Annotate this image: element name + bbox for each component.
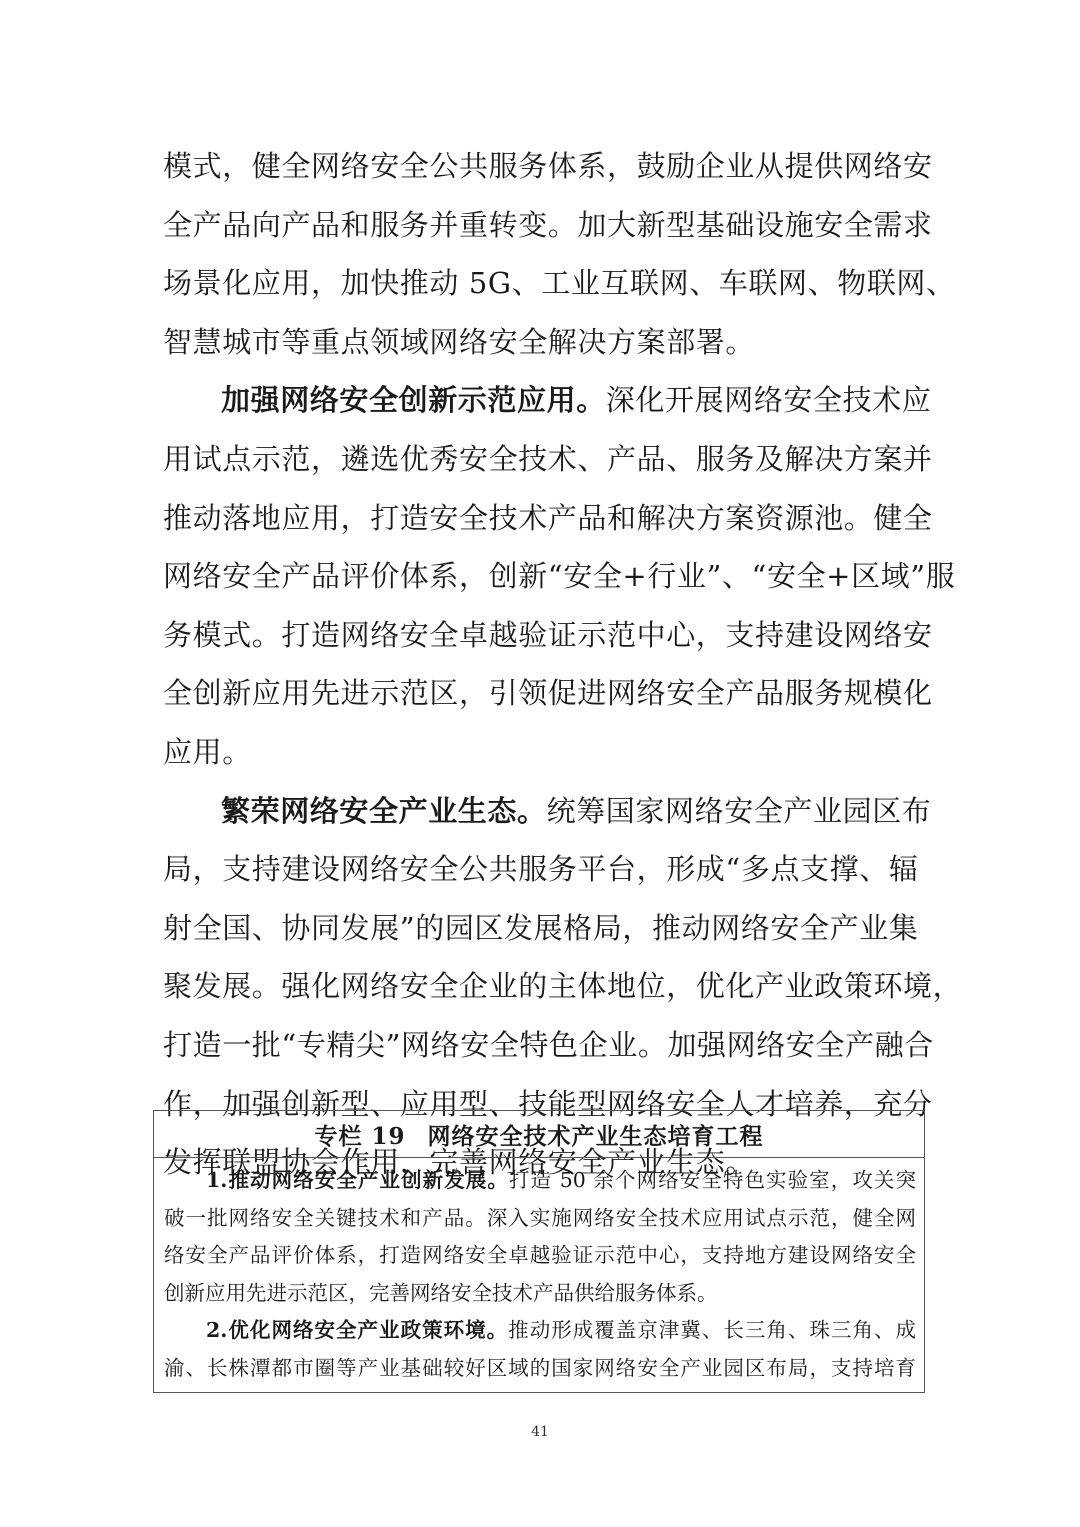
paragraph-first-line: 繁荣网络安全产业生态。统筹国家网络安全产业园区布: [163, 782, 915, 841]
text-line: 用试点示范，遴选优秀安全技术、产品、服务及解决方案并: [163, 430, 915, 489]
text-line: 应用。: [163, 723, 915, 782]
text-line: 务模式。打造网络安全卓越验证示范中心，支持建设网络安: [163, 606, 915, 665]
text-line: 网络安全产品评价体系，创新“安全+行业”、“安全+区域”服: [163, 547, 915, 606]
text-line: 局，支持建设网络安全公共服务平台，形成“多点支撑、辐: [163, 840, 915, 899]
box-item-heading: 2.优化网络安全产业政策环境。: [206, 1318, 508, 1342]
text-line: 推动落地应用，打造安全技术产品和解决方案资源池。健全: [163, 489, 915, 548]
box-text-line: 络安全产品评价体系，打造网络安全卓越验证示范中心，支持地方建设网络安全: [164, 1237, 916, 1275]
special-column-box: 专栏 19 网络安全技术产业生态培育工程 1.推动网络安全产业创新发展。打造 5…: [153, 1110, 925, 1393]
box-item-first-line: 1.推动网络安全产业创新发展。打造 50 余个网络安全特色实验室，攻关突: [164, 1162, 916, 1200]
text-line: 智慧城市等重点领域网络安全解决方案部署。: [163, 313, 915, 372]
text-line: 射全国、协同发展”的园区发展格局，推动网络安全产业集: [163, 899, 915, 958]
text-line: 全产品向产品和服务并重转变。加大新型基础设施安全需求: [163, 196, 915, 255]
body-text: 模式，健全网络安全公共服务体系，鼓励企业从提供网络安 全产品向产品和服务并重转变…: [163, 137, 915, 1192]
text-line: 全创新应用先进示范区，引领促进网络安全产品服务规模化: [163, 664, 915, 723]
box-text-line: 创新应用先进示范区，完善网络安全技术产品供给服务体系。: [164, 1275, 916, 1313]
text-span: 统筹国家网络安全产业园区布: [547, 794, 932, 828]
text-line: 模式，健全网络安全公共服务体系，鼓励企业从提供网络安: [163, 137, 915, 196]
text-line: 聚发展。强化网络安全企业的主体地位，优化产业政策环境，: [163, 957, 915, 1016]
paragraph-first-line: 加强网络安全创新示范应用。深化开展网络安全技术应: [163, 371, 915, 430]
page-number: 41: [0, 1424, 1080, 1440]
box-item-heading: 1.推动网络安全产业创新发展。: [206, 1168, 509, 1192]
box-header: 专栏 19 网络安全技术产业生态培育工程: [154, 1111, 924, 1158]
box-text-line: 渝、长株潭都市圈等产业基础较好区域的国家网络安全产业园区布局，支持培育: [164, 1350, 916, 1388]
box-item-first-line: 2.优化网络安全产业政策环境。推动形成覆盖京津冀、长三角、珠三角、成: [164, 1312, 916, 1350]
text-line: 场景化应用，加快推动 5G、工业互联网、车联网、物联网、: [163, 254, 915, 313]
box-label: 专栏 19: [314, 1118, 405, 1151]
box-text-line: 破一批网络安全关键技术和产品。深入实施网络安全技术应用试点示范，健全网: [164, 1200, 916, 1238]
paragraph-heading: 繁荣网络安全产业生态。: [221, 794, 547, 828]
text-line: 打造一批“专精尖”网络安全特色企业。加强网络安全产融合: [163, 1016, 915, 1075]
box-body: 1.推动网络安全产业创新发展。打造 50 余个网络安全特色实验室，攻关突 破一批…: [154, 1158, 924, 1387]
text-span: 打造 50 余个网络安全特色实验室，攻关突: [509, 1168, 916, 1192]
text-span: 深化开展网络安全技术应: [606, 383, 932, 417]
paragraph-heading: 加强网络安全创新示范应用。: [221, 383, 606, 417]
box-title: 网络安全技术产业生态培育工程: [428, 1118, 764, 1151]
text-span: 推动形成覆盖京津冀、长三角、珠三角、成: [508, 1318, 916, 1342]
document-page: 模式，健全网络安全公共服务体系，鼓励企业从提供网络安 全产品向产品和服务并重转变…: [0, 0, 1080, 1527]
